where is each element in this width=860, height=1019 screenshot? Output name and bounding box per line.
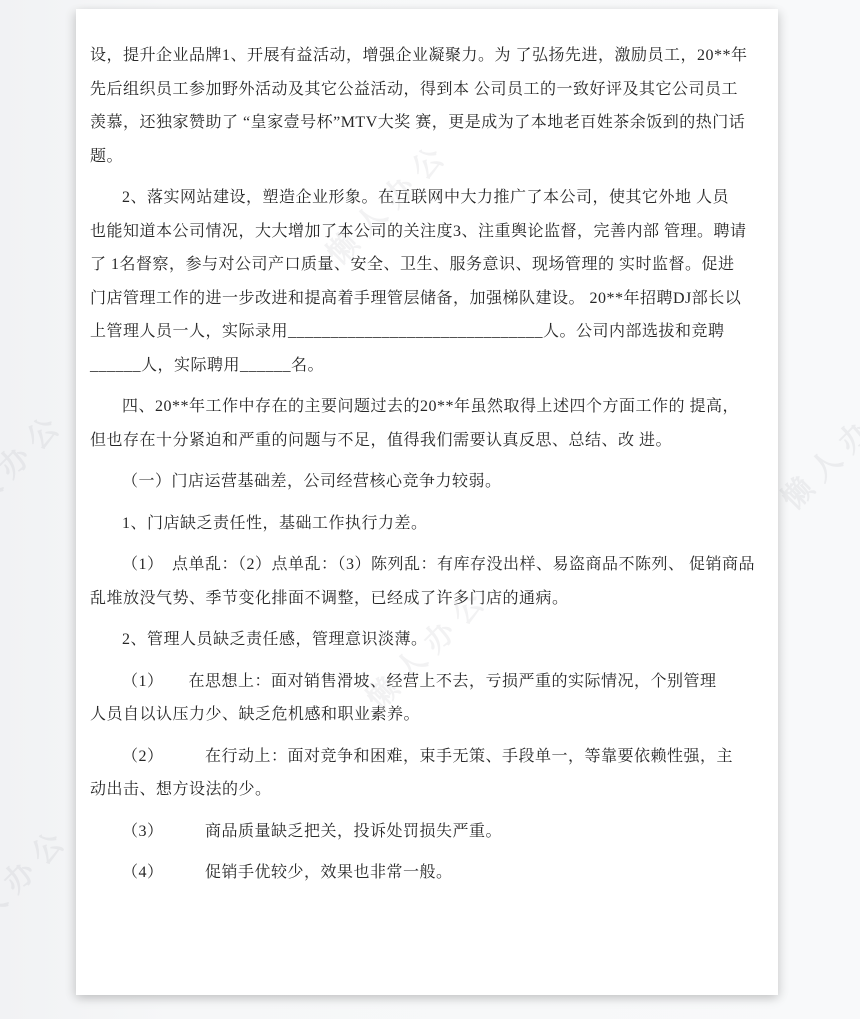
watermark: 懒人办公 bbox=[0, 813, 79, 957]
paragraph: （4） 促销手优较少，效果也非常一般。 bbox=[90, 856, 740, 890]
document-page: 设，提升企业品牌1、开展有益活动，增强企业凝聚力。为 了弘扬先进，激励员工，20… bbox=[76, 9, 778, 995]
text-line: 四、20**年工作中存在的主要问题过去的20**年虽然取得上述四个方面工作的 提… bbox=[90, 390, 740, 424]
text-line-with-blank: 上管理人员一人，实际录用____________________________… bbox=[90, 315, 740, 349]
paragraph: （2） 在行动上：面对竞争和困难，束手无策、手段单一，等靠要依赖性强，主 动出击… bbox=[90, 740, 740, 807]
screenshot-canvas: { "colors": { "canvas_bg": "#f5f6f8", "p… bbox=[0, 0, 860, 1019]
document-content: 设，提升企业品牌1、开展有益活动，增强企业凝聚力。为 了弘扬先进，激励员工，20… bbox=[90, 39, 740, 890]
paragraph: 2、管理人员缺乏责任感，管理意识淡薄。 bbox=[90, 623, 740, 657]
text-line: 人员自以认压力少、缺乏危机感和职业素养。 bbox=[90, 698, 740, 732]
paragraph: （一）门店运营基础差，公司经营核心竞争力较弱。 bbox=[90, 465, 740, 499]
text-line-with-blank: ______人，实际聘用______名。 bbox=[90, 349, 740, 383]
text-line: 门店管理工作的进一步改进和提高着手理管层储备，加强梯队建设。 20**年招聘DJ… bbox=[90, 282, 740, 316]
paragraph: 设，提升企业品牌1、开展有益活动，增强企业凝聚力。为 了弘扬先进，激励员工，20… bbox=[90, 39, 740, 173]
text-line: 了 1名督察，参与对公司产口质量、安全、卫生、服务意识、现场管理的 实时监督。促… bbox=[90, 248, 740, 282]
text-line: （4） 促销手优较少，效果也非常一般。 bbox=[90, 856, 740, 890]
text-line: 1、门店缺乏责任性，基础工作执行力差。 bbox=[90, 507, 740, 541]
watermark: 懒人办公 bbox=[0, 398, 74, 542]
paragraph: 1、门店缺乏责任性，基础工作执行力差。 bbox=[90, 507, 740, 541]
text-line: 动出击、想方设法的少。 bbox=[90, 773, 740, 807]
text-line: 乱堆放没气势、季节变化排面不调整，已经成了许多门店的通病。 bbox=[90, 582, 740, 616]
text-line: 羡慕，还独家赞助了 “皇家壹号杯”MTV大奖 赛，更是成为了本地老百姓茶余饭到的… bbox=[90, 106, 740, 140]
text-line: 但也存在十分紧迫和严重的问题与不足，值得我们需要认真反思、总结、改 进。 bbox=[90, 424, 740, 458]
text-line: 也能知道本公司情况，大大增加了本公司的关注度3、注重舆论监督，完善内部 管理。聘… bbox=[90, 215, 740, 249]
watermark: 懒人办公 bbox=[769, 373, 860, 517]
text-line: 先后组织员工参加野外活动及其它公益活动，得到本 公司员工的一致好评及其它公司员工 bbox=[90, 73, 740, 107]
text-line: 题。 bbox=[90, 140, 740, 174]
text-line: （1） 点单乱：（2）点单乱：（3）陈列乱：有库存没出样、易盗商品不陈列、 促销… bbox=[90, 548, 740, 582]
paragraph: （3） 商品质量缺乏把关，投诉处罚损失严重。 bbox=[90, 815, 740, 849]
paragraph: 四、20**年工作中存在的主要问题过去的20**年虽然取得上述四个方面工作的 提… bbox=[90, 390, 740, 457]
text-line: 2、落实网站建设，塑造企业形象。在互联网中大力推广了本公司，使其它外地 人员 bbox=[90, 181, 740, 215]
paragraph: （1） 在思想上：面对销售滑坡、经营上不去，亏损严重的实际情况，个别管理 人员自… bbox=[90, 665, 740, 732]
paragraph: （1） 点单乱：（2）点单乱：（3）陈列乱：有库存没出样、易盗商品不陈列、 促销… bbox=[90, 548, 740, 615]
text-line: （1） 在思想上：面对销售滑坡、经营上不去，亏损严重的实际情况，个别管理 bbox=[90, 665, 740, 699]
paragraph: 2、落实网站建设，塑造企业形象。在互联网中大力推广了本公司，使其它外地 人员 也… bbox=[90, 181, 740, 382]
text-line: （2） 在行动上：面对竞争和困难，束手无策、手段单一，等靠要依赖性强，主 bbox=[90, 740, 740, 774]
text-line: （3） 商品质量缺乏把关，投诉处罚损失严重。 bbox=[90, 815, 740, 849]
text-line: 设，提升企业品牌1、开展有益活动，增强企业凝聚力。为 了弘扬先进，激励员工，20… bbox=[90, 39, 740, 73]
text-line: 2、管理人员缺乏责任感，管理意识淡薄。 bbox=[90, 623, 740, 657]
text-line: （一）门店运营基础差，公司经营核心竞争力较弱。 bbox=[90, 465, 740, 499]
